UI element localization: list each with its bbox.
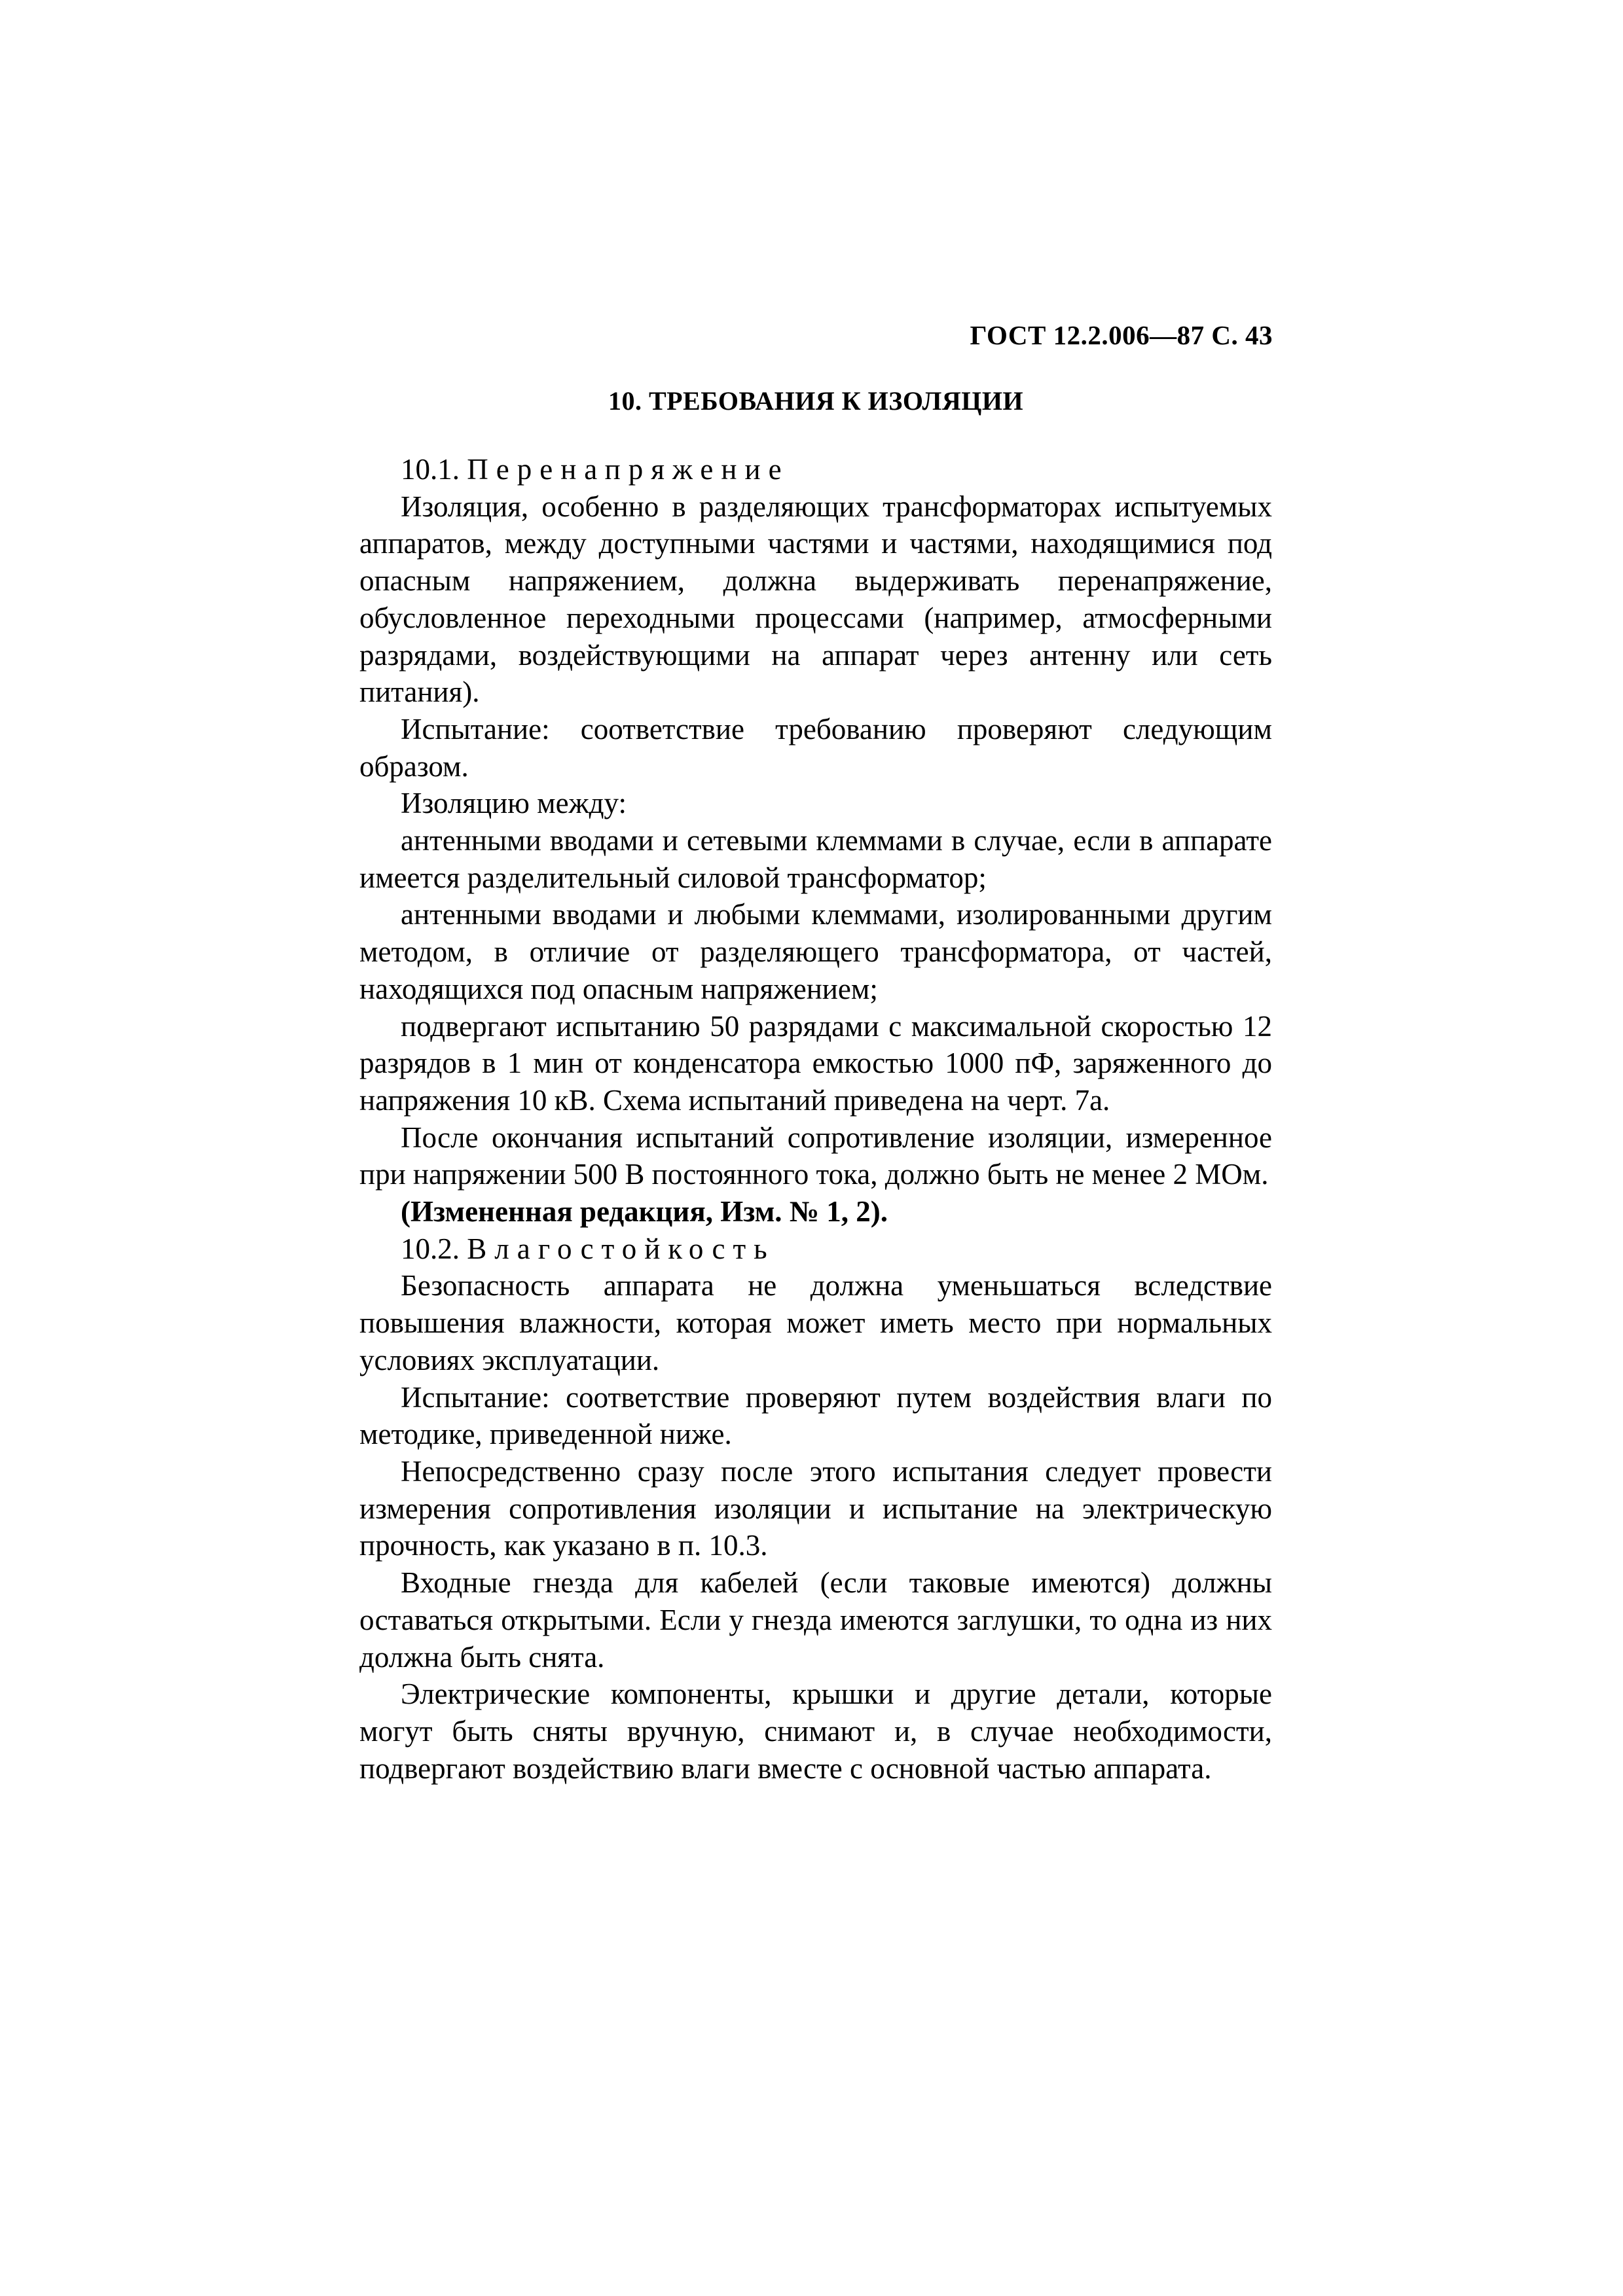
paragraph: Изоляция, особенно в разделяющих трансфо… [359,488,1272,711]
document-body: 10. ТРЕБОВАНИЯ К ИЗОЛЯЦИИ 10.1. Перенапр… [359,383,1272,1787]
paragraph: После окончания испытаний сопротивление … [359,1119,1272,1193]
amendment-note: (Измененная редакция, Изм. № 1, 2). [359,1193,1272,1230]
section-title: 10. ТРЕБОВАНИЯ К ИЗОЛЯЦИИ [359,383,1272,420]
paragraph: Электрические компоненты, крышки и други… [359,1676,1272,1787]
clause-number: 10.2. [401,1232,460,1265]
list-item: антенными вводами и любыми клеммами, изо… [359,896,1272,1007]
paragraph: Безопасность аппарата не должна уменьшат… [359,1267,1272,1378]
paragraph: Испытание: соответствие требованию прове… [359,711,1272,785]
paragraph: Испытание: соответствие проверяют путем … [359,1379,1272,1453]
clause-heading: 10.2. Влагостойкость [359,1230,1272,1268]
paragraph: Входные гнезда для кабелей (если таковые… [359,1564,1272,1676]
clause-heading: 10.1. Перенапряжение [359,451,1272,488]
clause-title: Влагостойкость [467,1232,775,1265]
paragraph: Непосредственно сразу после этого испыта… [359,1453,1272,1564]
clause-10-1: 10.1. Перенапряжение Изоляция, особенно … [359,451,1272,1230]
document-page: ГОСТ 12.2.006—87 С. 43 10. ТРЕБОВАНИЯ К … [0,0,1623,2296]
clause-10-2: 10.2. Влагостойкость Безопасность аппара… [359,1230,1272,1787]
clause-title: Перенапряжение [467,453,789,486]
list-item: антенными вводами и сетевыми клеммами в … [359,822,1272,896]
paragraph: Изоляцию между: [359,785,1272,822]
clause-number: 10.1. [401,453,460,486]
paragraph: подвергают испытанию 50 разрядами с макс… [359,1008,1272,1119]
running-header: ГОСТ 12.2.006—87 С. 43 [970,319,1273,351]
